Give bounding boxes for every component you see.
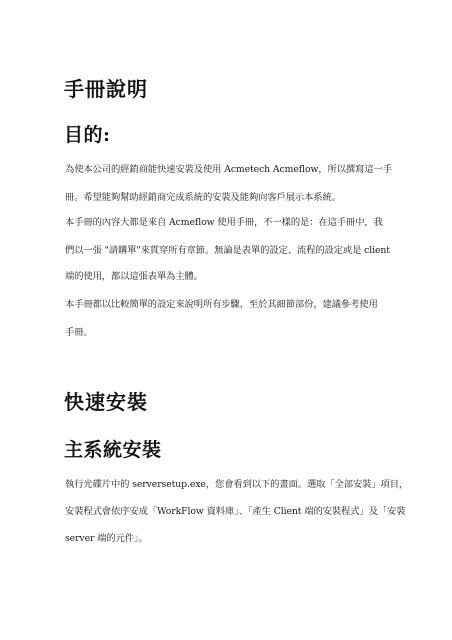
main-install-heading: 主系統安裝 <box>64 439 162 461</box>
purpose-heading: 目的: <box>64 124 111 146</box>
paragraph-line: 為使本公司的經銷商能快速安裝及使用 Acmetech Acmeflow，所以撰寫… <box>65 164 392 176</box>
paragraph-line: 冊。希望能夠幫助經銷商完成系統的安裝及能夠向客戶展示本系統。 <box>65 192 341 204</box>
paragraph-line: 本手冊都以比較簡單的設定來說明所有步驟，至於其細節部份，建議參考使用 <box>65 299 378 311</box>
paragraph-line: 本手冊的內容大都是來自 Acmeflow 使用手冊，不一樣的是：在這手冊中，我 <box>65 217 383 229</box>
quick-install-heading: 快速安裝 <box>64 391 148 413</box>
manual-title: 手冊說明 <box>64 78 148 100</box>
paragraph-line: 們以一張 "請購單"來貫穿所有章節。無論是表單的設定、流程的設定或是 clien… <box>65 245 390 257</box>
document-page: 手冊說明 目的: 為使本公司的經銷商能快速安裝及使用 Acmetech Acme… <box>0 0 452 640</box>
paragraph-line: 安裝程式會依序安成「WorkFlow 資料庫」、「產生 Client 端的安裝程… <box>65 506 405 518</box>
paragraph-line: server 端的元件」。 <box>65 533 148 545</box>
paragraph-line: 手冊。 <box>65 327 93 339</box>
paragraph-line: 執行光碟片中的 serversetup.exe，您會看到以下的畫面。選取「全部安… <box>65 479 408 491</box>
paragraph-line: 端的使用，都以這張表單為主體。 <box>65 271 203 283</box>
